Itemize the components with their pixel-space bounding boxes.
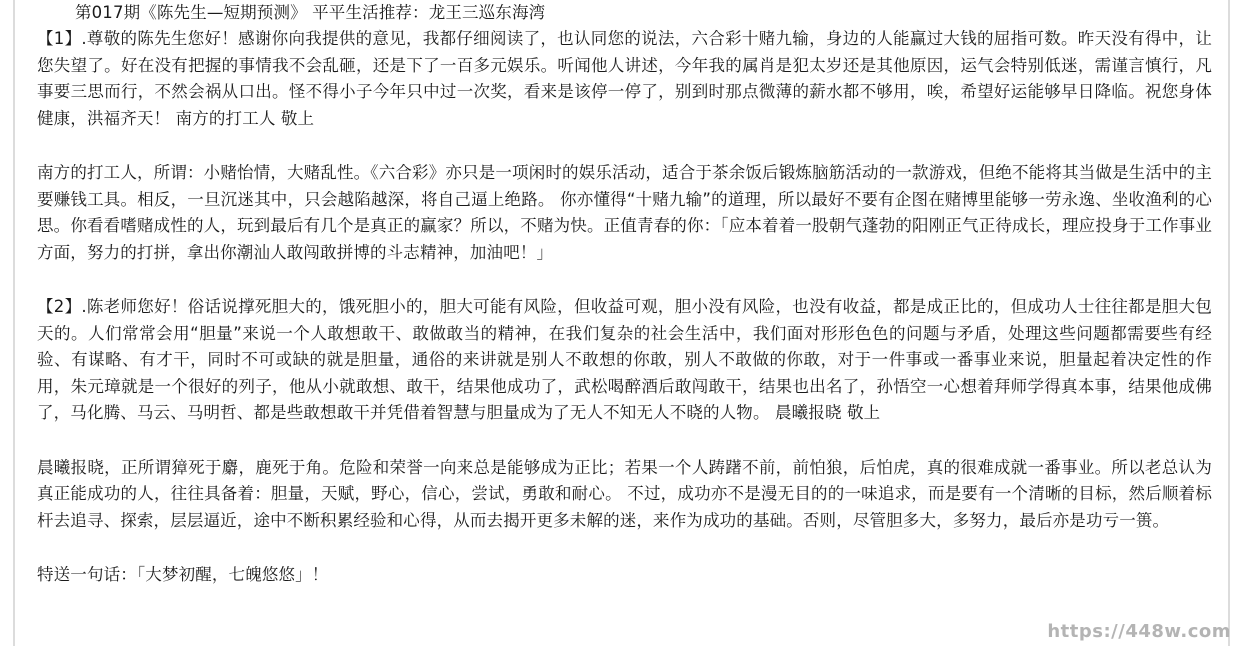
reply-paragraph-2: 晨曦报晓，正所谓獐死于麝，鹿死于角。危险和荣誉一向来总是能够成为正比；若果一个人… (37, 455, 1212, 535)
letter-paragraph-1: 【1】.尊敬的陈先生您好！感谢你向我提供的意见，我都仔细阅读了，也认同您的说法，… (37, 26, 1212, 132)
page-title: 第017期《陈先生—短期预测》 平平生活推荐：龙王三巡东海湾 (37, 0, 1212, 26)
document-page: 第017期《陈先生—短期预测》 平平生活推荐：龙王三巡东海湾 【1】.尊敬的陈先… (13, 0, 1230, 646)
paragraph-spacer (37, 534, 1212, 562)
reply-paragraph-1: 南方的打工人，所谓：小赌怡情，大赌乱性。《六合彩》亦只是一项闲时的娱乐活动，适合… (37, 160, 1212, 266)
closing-quote: 特送一句话：「大梦初醒，七魄悠悠」！ (37, 562, 1212, 589)
letter-paragraph-2: 【2】.陈老师您好！俗话说撑死胆大的，饿死胆小的，胆大可能有风险，但收益可观，胆… (37, 294, 1212, 427)
paragraph-spacer (37, 266, 1212, 294)
paragraph-spacer (37, 132, 1212, 160)
site-watermark: https://448w.com (1047, 621, 1231, 642)
document-content: 第017期《陈先生—短期预测》 平平生活推荐：龙王三巡东海湾 【1】.尊敬的陈先… (37, 0, 1212, 589)
paragraph-spacer (37, 427, 1212, 455)
